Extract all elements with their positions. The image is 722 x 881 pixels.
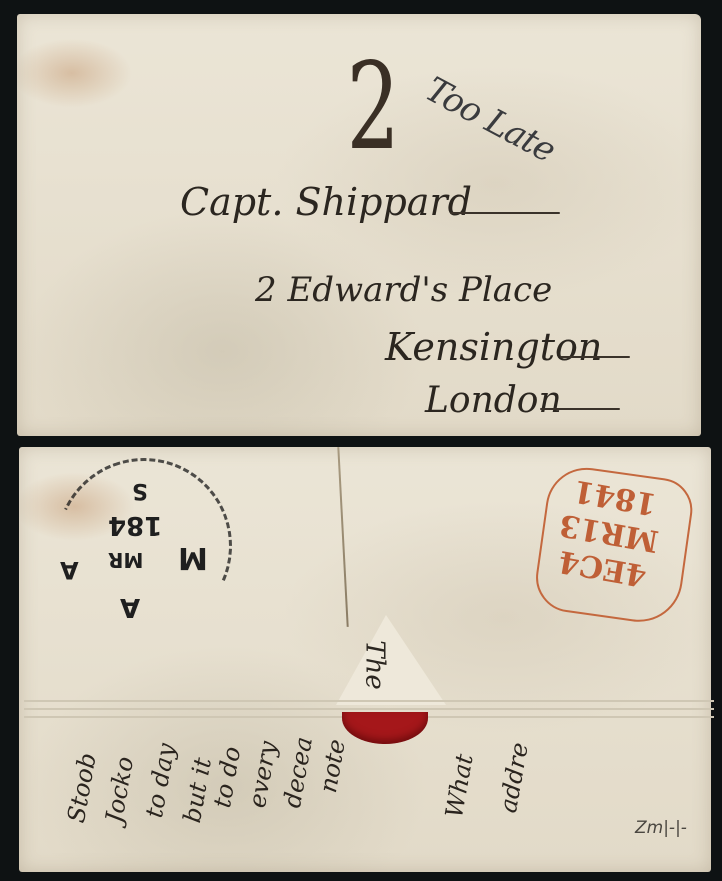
address-district: Kensington — [385, 325, 602, 369]
address-underline — [560, 356, 630, 358]
datestamp-month: MR — [108, 548, 143, 572]
torn-flap — [336, 615, 446, 705]
datestamp-time: S — [132, 478, 148, 503]
fold-edge — [24, 700, 714, 702]
address-recipient: Capt. Shippard — [180, 180, 472, 224]
address-underline — [540, 408, 620, 410]
torn-flap-text: The — [360, 640, 390, 689]
red-datestamp: 4EC4 MR13 1841 — [541, 468, 678, 595]
rate-marking: 2 — [346, 38, 399, 177]
address-street: 2 Edward's Place — [255, 270, 552, 310]
datestamp-year: 184 — [108, 510, 162, 540]
address-city: London — [425, 380, 562, 421]
pencil-notation: Zm|-|- — [635, 818, 687, 838]
datestamp-letter: A — [120, 592, 140, 622]
address-underline — [450, 212, 560, 214]
datestamp-letter: M — [178, 540, 208, 575]
fold-edge — [24, 708, 714, 710]
datestamp-letter: A — [60, 556, 79, 584]
